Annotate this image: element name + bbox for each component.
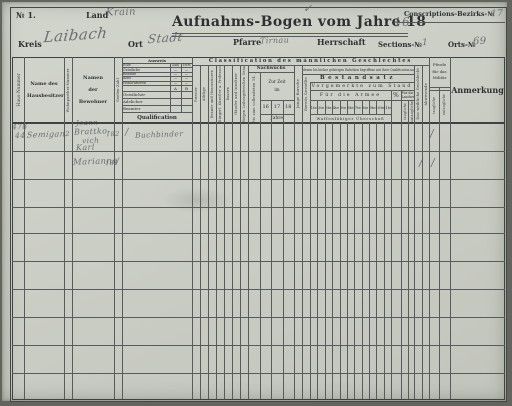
kreis-label: Kreis [18,40,42,49]
col-bewohner: Namen der Bewohner [72,59,114,121]
entry-besitzer-name: Semigan [26,129,65,139]
nachwuchs-age-17: 17 [271,100,282,114]
col-weiblich-label: Das weibliche Geschlecht [416,68,420,120]
armee-class-6te: 6te [347,100,354,114]
qualification-footer-label: Qualification [137,115,177,121]
armee-class-1te: 1te [310,100,317,114]
classification-column-5-label: Bauern [226,87,230,100]
col-haus-nummer-label: Haus-Nummer [16,73,21,106]
header-horizontal-line [302,74,414,75]
col-abwesende: Abwesende [422,65,429,123]
qualification-row-2: Adelicher [123,98,169,105]
header-vertical-line [114,57,115,123]
form-paper: № 1. Land Krain ✓ Aufnahms-Bogen vom Jah… [2,2,507,401]
table-left-border [12,57,13,400]
conscription-district-value: 17 [491,9,504,19]
fuer-die-armee: Für die Armee [310,90,391,100]
land-value-handwritten: Krain [106,6,136,18]
classification-title-label: Classification des männlichen Geschlecht… [209,58,412,64]
landwehr-subcol-2: untaugliche [408,100,415,123]
nachwuchs-age-18: 18 [283,100,294,114]
qualification-row-1: Geistlicher [123,91,169,98]
pferde-subcol-2: untaugliche [439,87,449,123]
percent-label: % [393,92,399,99]
right-header-line2: Bestandsatz [302,74,414,82]
title-underline-1 [172,33,408,34]
col-hausbesitzer-label: Name des Hausbesitzers [27,78,61,102]
conscription-district-label: Conscriptions-Bezirks-№ [404,11,494,18]
nachwuchs-age-16: 16 [260,100,271,114]
qualification-colhead-A: A [170,85,181,91]
vorgemerkte-zum-stand: Vorgemerkte zum Stand [310,82,414,90]
pferde-subcol-1-label: taugliche [432,97,436,114]
landwehr-label: Für die Landwehr [402,91,414,99]
body-row-line [12,289,505,290]
nachwuchs-cell-top-label: Zur Zeit im [267,78,287,93]
classification-column-6: Häusler und Inwohner [232,66,240,122]
header-vertical-line [391,90,392,123]
body-row-line [12,261,505,262]
classification-column-1-label: Priester [194,87,198,102]
pferde-header: Pferde für das Militär [429,57,450,87]
body-row-line [12,207,505,208]
armee-class-7te: 7te [354,100,361,114]
header-horizontal-line [122,112,192,113]
body-row-line [12,233,505,234]
scanned-document-photo: { "form": { "sheet_no": "№ 1.", "land_la… [0,0,512,406]
classification-column-3: Beamte und Honoratioren [208,66,216,122]
herrschaft-label: Herrschaft [317,38,366,47]
conscription-underline [398,22,505,23]
entry-beruf1: Buchbinder [135,129,184,140]
col-wohnpartei-nummer: Wohnparthei-Nummer [64,59,72,121]
col-hausbesitzer: Name des Hausbesitzers [24,59,64,121]
header-vertical-line [64,57,65,123]
nachwuchs-jahre-label: Jahre [271,116,283,121]
body-row-line [12,373,505,374]
col-junge-bursche: Junge Bursche [294,65,302,123]
orts-value-handwritten: 69 [473,36,487,47]
header-vertical-line [248,65,249,123]
header-horizontal-line [260,114,294,115]
body-row-line [12,151,505,152]
percent-col: % [391,90,401,100]
header-vertical-line [72,57,73,123]
classification-column-6-label: Häusler und Inwohner [234,73,238,115]
table-top-border [12,57,505,58]
col-seelen-zahl: Seelen-Zahl [114,59,122,121]
nachwuchs-left-label: Bis zum vollendeten 14. Jahr [252,72,256,123]
body-row-line [12,345,505,346]
qualification-row-3: Beamter [123,105,169,112]
classification-column-5: Bauern [224,66,232,122]
ort-value-handwritten: Stadt [147,30,184,46]
land-label: Land [86,11,108,20]
entry-mark-right3b: / [431,156,436,169]
landwehr-subcol-1: taugliche [401,100,408,123]
pferde-title-label: Pferde für das Militär [432,62,448,81]
classification-column-7-label: Wegen Leibesgebrechen Untaugliche [242,66,246,122]
classification-column-3-label: Beamte und Honoratioren [210,70,214,118]
armee-class-10te: 10te [376,100,383,114]
fuer-die-armee-label: Für die Armee [320,93,381,98]
sections-value-handwritten: 1 [422,38,428,48]
header-vertical-line [260,72,261,123]
col-bewohner-label: Namen der Bewohner [78,72,108,108]
entry-mark-right1: / [430,127,435,140]
col-abwesende-label: Abwesende [424,83,428,106]
armee-class-11te: 11te [384,100,391,114]
armee-class-5te: 5te [339,100,346,114]
landwehr-header: Für die Landwehr [401,90,414,100]
ausweis-row-label-5: Honoratioren [123,81,169,85]
anmerkung-header: Anmerkung [450,57,505,123]
entry-tick1: / [125,127,129,138]
right-header-line1: In denen bis hieher gehörigen Rubriken b… [302,65,414,74]
col-haus-nummer: Haus-Nummer [12,59,24,121]
header-vertical-line [24,57,25,123]
paper-stain [162,187,232,213]
col-wohnpartei-label: Wohnparthei-Nummer [66,68,70,112]
classification-column-7: Wegen Leibesgebrechen Untaugliche [240,66,248,122]
body-row-line [12,179,505,180]
orts-label: Orts-№ [448,41,475,49]
header-horizontal-line [310,82,414,83]
pferde-subcol-1: taugliche [429,87,439,123]
entry-wohnpartei-no: 2 [65,130,70,138]
col-seelen-label: Seelen-Zahl [116,78,120,102]
sections-label: Sections-№ [378,41,422,49]
armee-class-8te: 8te [362,100,369,114]
nachwuchs-title-label: Nachwuchs [257,66,286,71]
title-underline-2 [172,36,408,37]
landwehr-subcol-2-label: untaugliche [410,101,414,122]
landwehr-subcol-1-label: taugliche [403,103,407,120]
armee-class-4te: 4te [332,100,339,114]
nachwuchs-cell-top: Zur Zeit im [260,72,294,100]
armee-class-2te: 2te [317,100,324,114]
pfarre-label: Pfarre [233,38,261,47]
classification-column-2-label: Adelige [202,87,206,101]
vorgemerkte-label: Vorgemerkte zum Stand [312,84,413,89]
anmerkung-label: Anmerkung [451,85,504,95]
sheet-number: № 1. [16,11,36,20]
header-vertical-line [450,57,451,123]
armee-footer-label: Waffenfähiger Überschuß [317,116,385,121]
table-bottom-border [12,399,505,400]
header-horizontal-line [310,114,391,115]
ort-label: Ort [128,40,143,49]
classification-column-4: Bürgerl. Künstler u. Professionisten [216,66,224,122]
pfarre-value-handwritten: Tirnau [260,35,289,45]
header-vertical-line [294,65,295,123]
entry-tick3: / [116,157,120,167]
armee-class-3te: 3te [325,100,332,114]
table-right-border [504,57,505,400]
classification-column-4-label: Bürgerl. Künstler u. Professionisten [218,66,222,122]
pferde-subcol-2-label: untaugliche [442,94,446,115]
classification-column-2: Adelige [200,66,208,122]
qualification-colhead-B: B [181,85,192,91]
classification-column-1: Priester [192,66,200,122]
nachwuchs-title: Nachwuchs [248,65,294,72]
entry-alter1: 182 [106,130,120,138]
nachwuchs-left-col: Bis zum vollendeten 14. Jahr [248,72,260,123]
right-header-line1-label: In denen bis hieher gehörigen Rubriken b… [302,68,414,72]
form-title: Aufnahms-Bogen vom Jahre 18 [172,15,426,30]
header-horizontal-line [310,90,414,91]
col-weibliches-geschlecht: Das weibliche Geschlecht [414,65,422,123]
right-header-line2-label: Bestandsatz [320,75,396,81]
header-horizontal-line [248,72,294,73]
header-vertical-line [422,65,423,123]
col-junge-bursche-label: Junge Bursche [296,79,300,108]
body-row-line [12,317,505,318]
armee-class-9te: 9te [369,100,376,114]
col-bereits-gestellte-label: Bereits Gestellte [304,77,308,111]
